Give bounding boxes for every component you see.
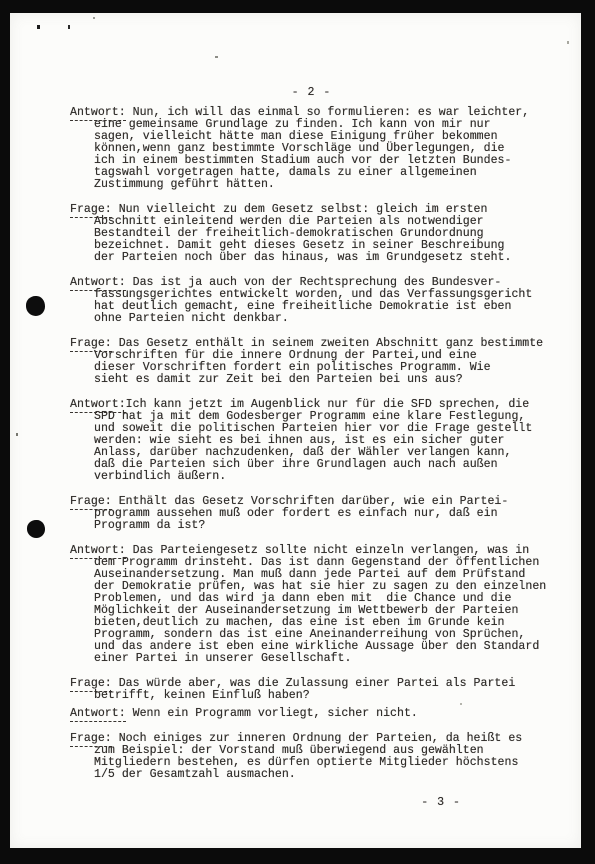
text-line: Antwort: Wenn ein Programm vorliegt, sic… [70, 708, 553, 720]
text-line: der Parteien noch über das hinaus, was i… [94, 252, 553, 264]
qa-paragraph: Frage: Nun vielleicht zu dem Gesetz selb… [70, 204, 553, 264]
qa-paragraph: Antwort:Ich kann jetzt im Augenblick nur… [70, 399, 553, 483]
text-line: verbindlich äußern. [94, 471, 553, 483]
qa-paragraph: Antwort: Nun, ich will das einmal so for… [70, 107, 553, 191]
transcript: Antwort: Nun, ich will das einmal so for… [70, 107, 553, 781]
qa-paragraph: Antwort: Wenn ein Programm vorliegt, sic… [70, 708, 553, 720]
qa-paragraph: Antwort: Das Parteiengesetz sollte nicht… [70, 545, 553, 665]
text-line: Zustimmung geführt hätten. [94, 179, 553, 191]
page-number-bottom: - 3 - [70, 797, 461, 809]
qa-paragraph: Frage: Das Gesetz enthält in seinem zwei… [70, 338, 553, 386]
text-line: ohne Parteien nicht denkbar. [94, 313, 553, 325]
qa-paragraph: Frage: Noch einiges zur inneren Ordnung … [70, 733, 553, 781]
text-line: betrifft, keinen Einfluß haben? [94, 690, 553, 702]
qa-paragraph: Frage: Enthält das Gesetz Vorschriften d… [70, 496, 553, 532]
qa-paragraph: Antwort: Das ist ja auch von der Rechtsp… [70, 277, 553, 325]
text-line: sieht es damit zur Zeit bei den Parteien… [94, 374, 553, 386]
page-content: - 2 - Antwort: Nun, ich will das einmal … [10, 13, 581, 809]
document-page: - 2 - Antwort: Nun, ich will das einmal … [10, 13, 581, 848]
page-number-top: - 2 - [70, 87, 553, 99]
scan-background: - 2 - Antwort: Nun, ich will das einmal … [0, 0, 595, 864]
text-line: einer Partei in unserer Gesellschaft. [94, 653, 553, 665]
text-line: Programm da ist? [94, 520, 553, 532]
speaker-label: Antwort: [70, 707, 126, 722]
text-line: 1/5 der Gesamtzahl ausmachen. [94, 769, 553, 781]
qa-paragraph: Frage: Das würde aber, was die Zulassung… [70, 678, 553, 702]
